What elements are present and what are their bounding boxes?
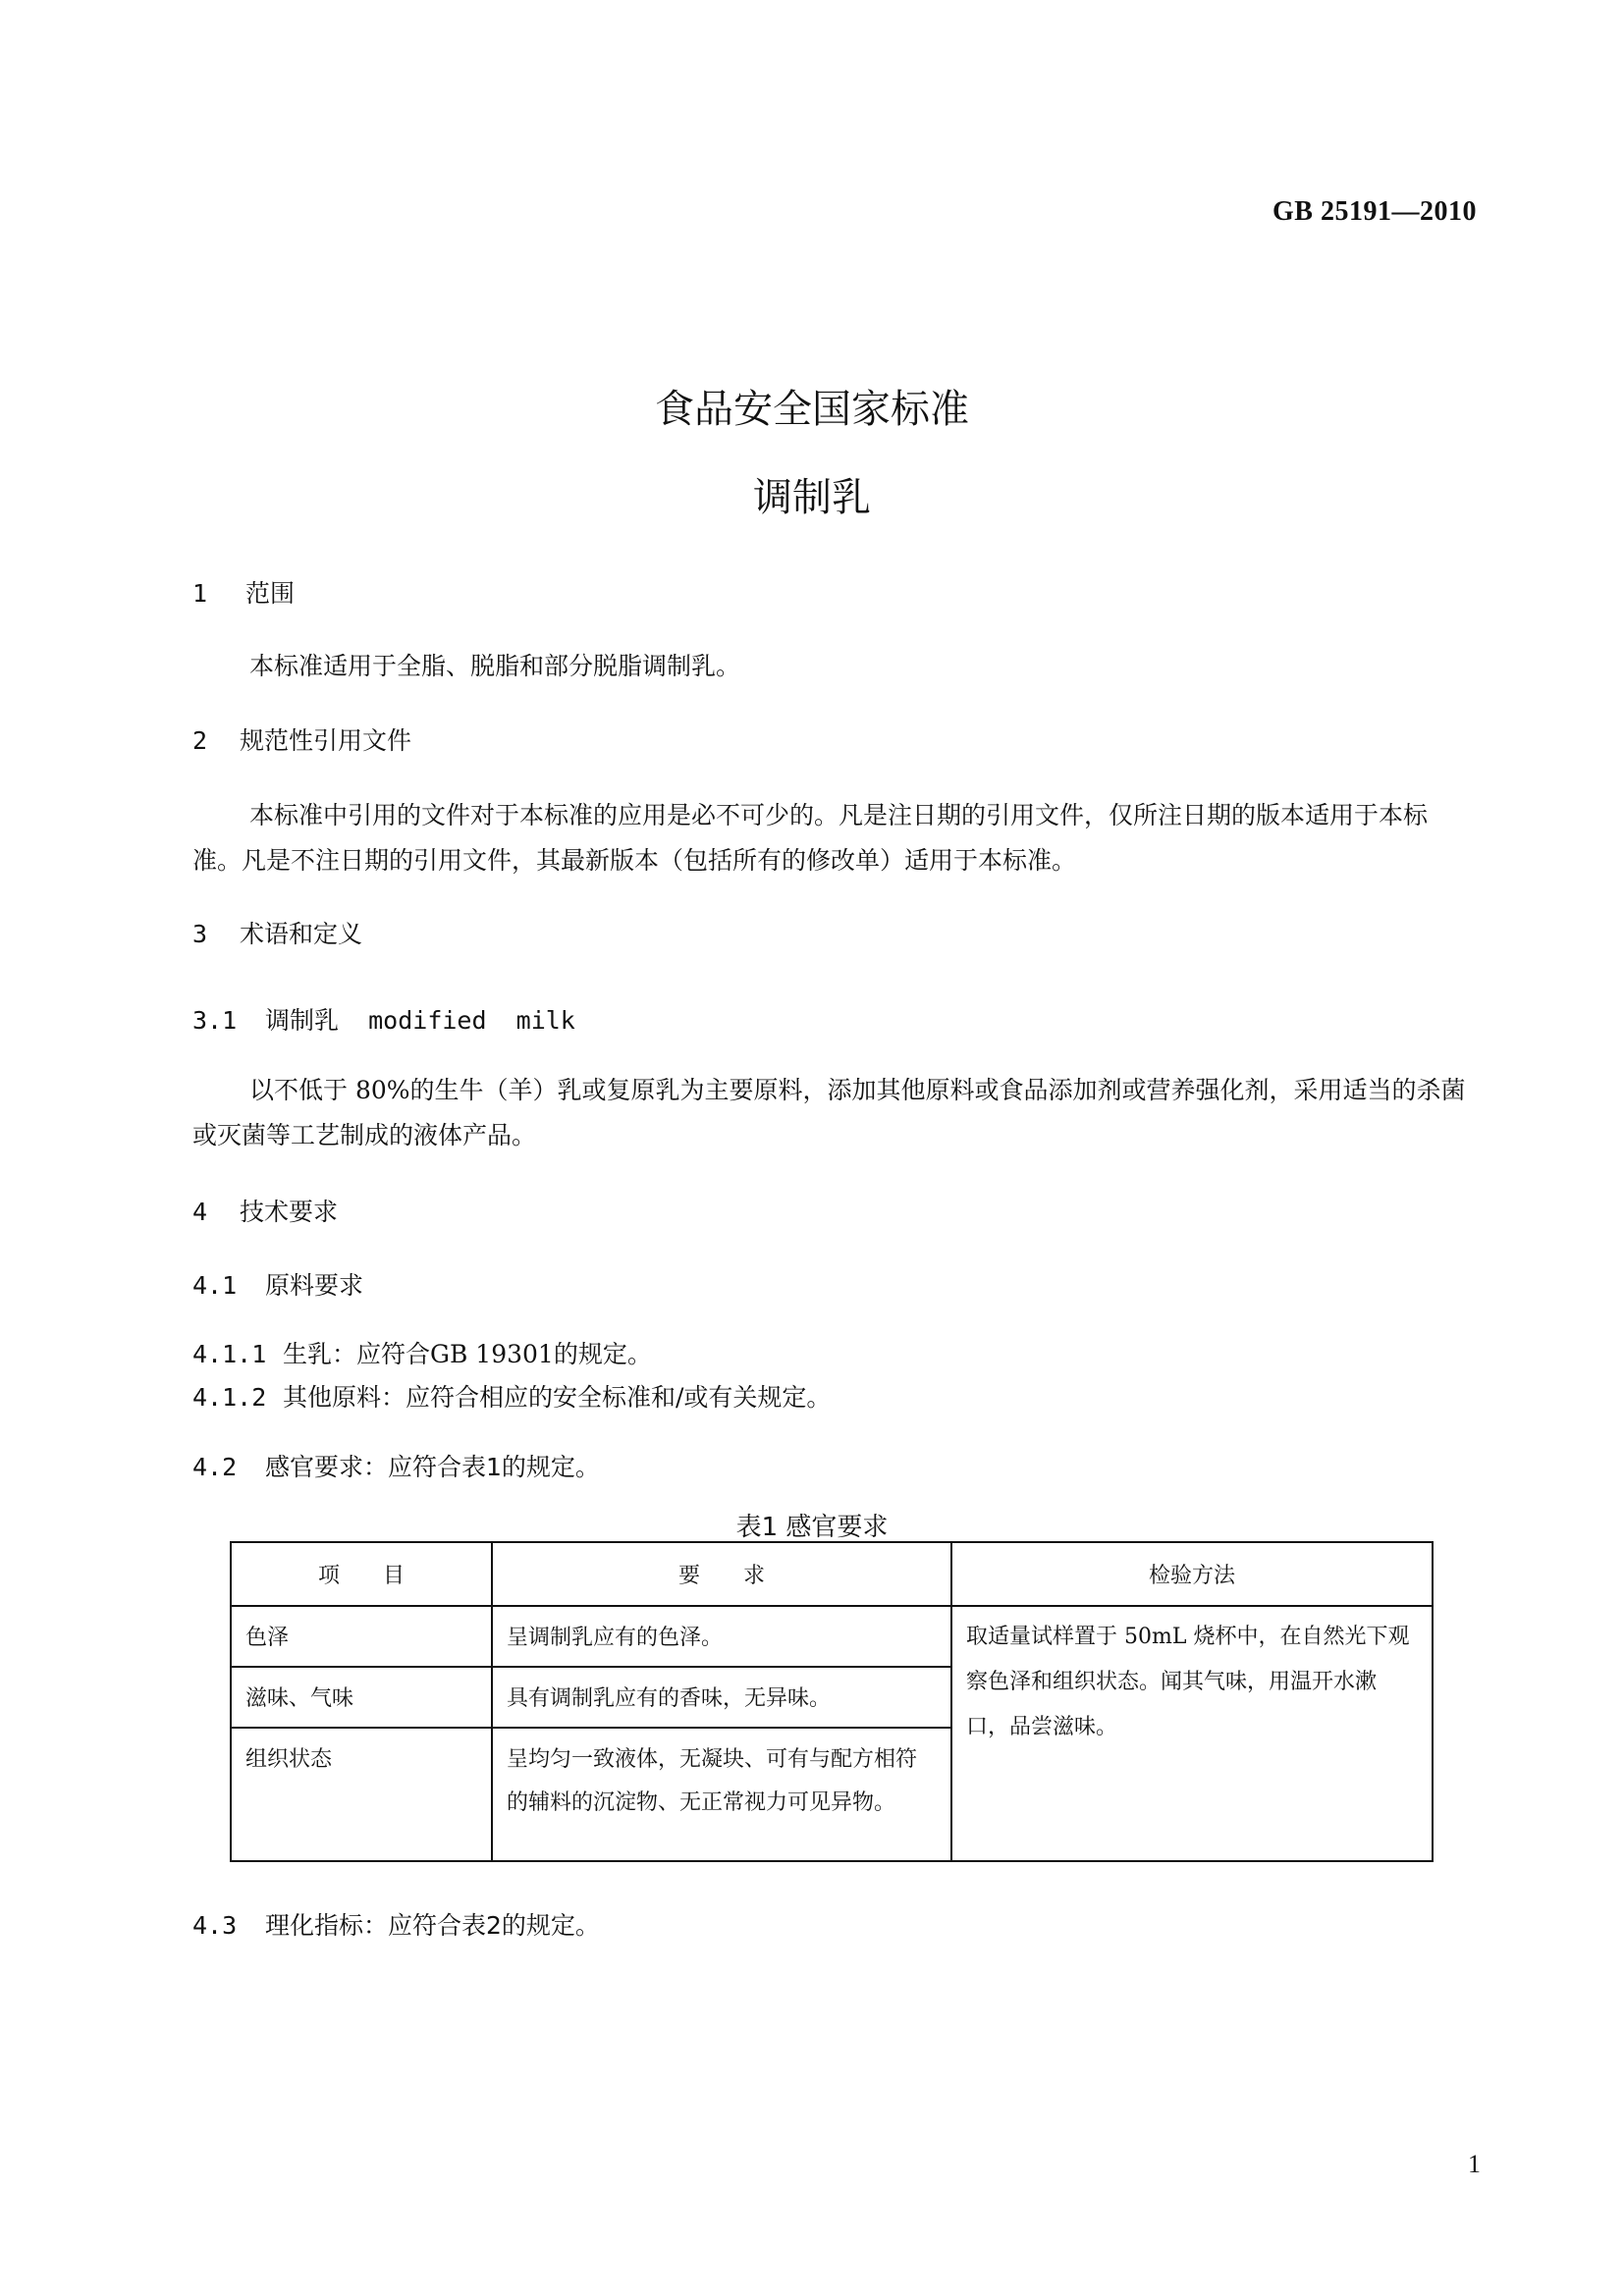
section-title: 范围 (245, 579, 295, 608)
section-title: 术语和定义 (240, 920, 362, 948)
section-title: 原料要求 (265, 1271, 363, 1300)
section-3-1-body: 以不低于 80%的生牛（羊）乳或复原乳为主要原料，添加其他原料或食品添加剂或营养… (192, 1068, 1469, 1158)
clause-4-1-2: 4.1.2其他原料：应符合相应的安全标准和/或有关规定。 (192, 1378, 831, 1414)
clause-text: 生乳：应符合GB 19301的规定。 (283, 1340, 652, 1368)
section-4-1-heading: 4.1原料要求 (192, 1266, 363, 1302)
section-title: 技术要求 (240, 1198, 338, 1226)
table-header-row: 项 目 要 求 检验方法 (231, 1542, 1433, 1606)
section-4-3-heading: 4.3理化指标：应符合表2的规定。 (192, 1906, 600, 1942)
clause-number: 4.1.1 (192, 1340, 283, 1368)
cell-requirement: 具有调制乳应有的香味，无异味。 (492, 1667, 951, 1728)
cell-item: 滋味、气味 (231, 1667, 492, 1728)
section-3-heading: 3术语和定义 (192, 915, 362, 950)
cell-requirement: 呈均匀一致液体，无凝块、可有与配方相符的辅料的沉淀物、无正常视力可见异物。 (492, 1728, 951, 1861)
header-requirement: 要 求 (492, 1542, 951, 1606)
section-title: 规范性引用文件 (240, 726, 411, 755)
section-number: 2 (192, 726, 240, 755)
section-title: 理化指标：应符合表2的规定。 (265, 1911, 600, 1940)
document-title: 食品安全国家标准 (0, 378, 1624, 434)
standard-code: GB 25191—2010 (1272, 196, 1477, 228)
term-en: modified milk (368, 1006, 575, 1035)
sensory-requirements-table: 项 目 要 求 检验方法 色泽 呈调制乳应有的色泽。 取适量试样置于 50mL … (230, 1541, 1434, 1862)
section-number: 1 (192, 579, 245, 608)
clause-number: 4.1.2 (192, 1383, 283, 1412)
header-method: 检验方法 (951, 1542, 1433, 1606)
header-item: 项 目 (231, 1542, 492, 1606)
cell-item: 色泽 (231, 1606, 492, 1667)
section-2-heading: 2规范性引用文件 (192, 721, 411, 757)
section-number: 4.2 (192, 1453, 265, 1481)
section-1-body: 本标准适用于全脂、脱脂和部分脱脂调制乳。 (249, 644, 740, 689)
term-cn: 调制乳 (265, 1006, 339, 1035)
cell-method: 取适量试样置于 50mL 烧杯中，在自然光下观察色泽和组织状态。闻其气味，用温开… (951, 1606, 1433, 1861)
cell-requirement: 呈调制乳应有的色泽。 (492, 1606, 951, 1667)
clause-4-1-1: 4.1.1生乳：应符合GB 19301的规定。 (192, 1335, 652, 1370)
section-1-heading: 1范围 (192, 574, 295, 610)
section-number: 3 (192, 920, 240, 948)
paragraph: 本标准中引用的文件对于本标准的应用是必不可少的。凡是注日期的引用文件，仅所注日期… (192, 793, 1469, 883)
paragraph: 以不低于 80%的生牛（羊）乳或复原乳为主要原料，添加其他原料或食品添加剂或营养… (192, 1068, 1469, 1158)
document-subtitle: 调制乳 (0, 466, 1624, 522)
section-number: 4.1 (192, 1271, 265, 1300)
section-number: 3.1 (192, 1006, 265, 1035)
section-title: 感官要求：应符合表1的规定。 (265, 1453, 600, 1481)
section-2-body: 本标准中引用的文件对于本标准的应用是必不可少的。凡是注日期的引用文件，仅所注日期… (192, 793, 1469, 883)
clause-text: 其他原料：应符合相应的安全标准和/或有关规定。 (283, 1383, 831, 1412)
table-1-caption: 表1 感官要求 (0, 1507, 1624, 1543)
section-4-heading: 4技术要求 (192, 1193, 338, 1228)
section-3-1-heading: 3.1调制乳 modified milk (192, 1001, 575, 1037)
section-number: 4.3 (192, 1911, 265, 1940)
page-number: 1 (1468, 2150, 1481, 2179)
table-row: 色泽 呈调制乳应有的色泽。 取适量试样置于 50mL 烧杯中，在自然光下观察色泽… (231, 1606, 1433, 1667)
section-4-2-heading: 4.2感官要求：应符合表1的规定。 (192, 1448, 600, 1483)
cell-item: 组织状态 (231, 1728, 492, 1861)
section-number: 4 (192, 1198, 240, 1226)
